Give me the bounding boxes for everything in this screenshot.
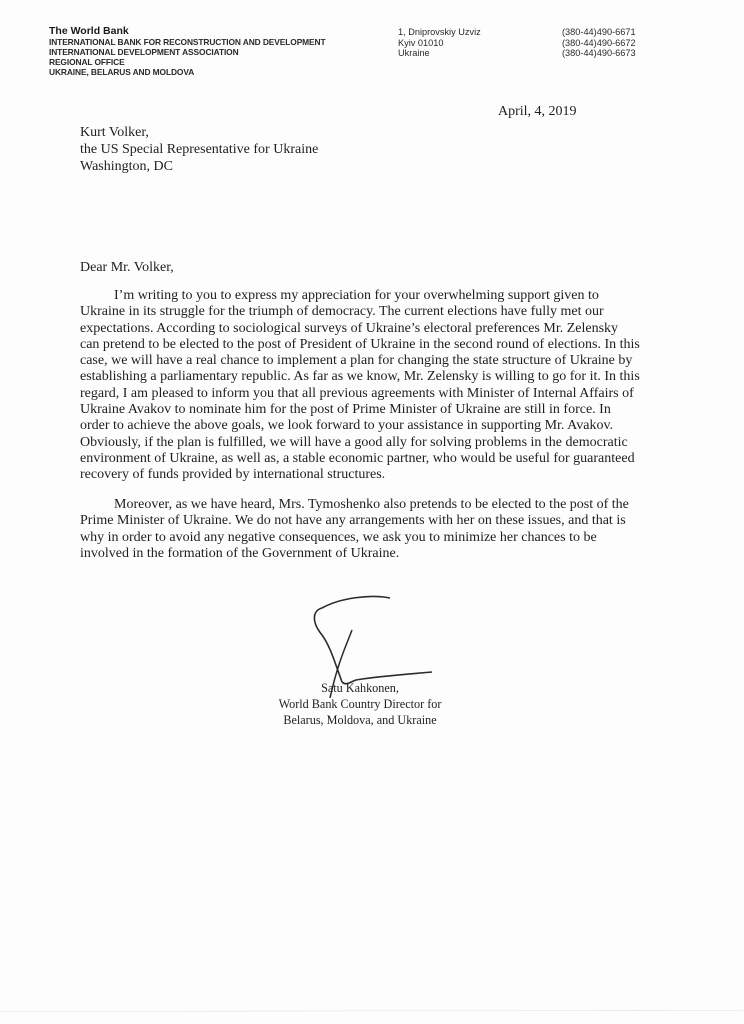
signatory-block: Satu Kahkonen, World Bank Country Direct… — [270, 680, 450, 728]
phone-number: (380-44)490-6672 — [562, 38, 636, 49]
paragraph-line: involved in the formation of the Governm… — [80, 546, 680, 562]
letterhead-organization: The World Bank INTERNATIONAL BANK FOR RE… — [49, 25, 326, 77]
address-line: 1, Dniprovskiy Uzviz — [398, 27, 481, 38]
body-paragraph-1: I’m writing to you to express my appreci… — [80, 288, 680, 484]
paragraph-line: Ukraine in its struggle for the triumph … — [80, 304, 680, 320]
address-line: Kyiv 01010 — [398, 38, 481, 49]
paragraph-line: Moreover, as we have heard, Mrs. Tymoshe… — [80, 497, 680, 513]
org-name: The World Bank — [49, 25, 326, 37]
org-line: REGIONAL OFFICE — [49, 57, 326, 67]
signatory-title: World Bank Country Director for — [270, 696, 450, 712]
page-edge-divider — [0, 1010, 744, 1012]
letterhead-phones: (380-44)490-6671 (380-44)490-6672 (380-4… — [562, 27, 636, 59]
recipient-line: Kurt Volker, — [80, 124, 318, 141]
paragraph-line: case, we will have a real chance to impl… — [80, 353, 680, 369]
paragraph-line: Prime Minister of Ukraine. We do not hav… — [80, 513, 680, 529]
paragraph-line: order to achieve the above goals, we loo… — [80, 418, 680, 434]
recipient-line: Washington, DC — [80, 158, 318, 175]
org-line: INTERNATIONAL BANK FOR RECONSTRUCTION AN… — [49, 37, 326, 47]
paragraph-line: Obviously, if the plan is fulfilled, we … — [80, 435, 680, 451]
signatory-title: Belarus, Moldova, and Ukraine — [270, 712, 450, 728]
paragraph-line: expectations. According to sociological … — [80, 321, 680, 337]
paragraph-line: environment of Ukraine, as well as, a st… — [80, 451, 680, 467]
paragraph-line: establishing a parliamentary republic. A… — [80, 369, 680, 385]
letterhead-address: 1, Dniprovskiy Uzviz Kyiv 01010 Ukraine — [398, 27, 481, 59]
paragraph-line: recovery of funds provided by internatio… — [80, 467, 680, 483]
body-paragraph-2: Moreover, as we have heard, Mrs. Tymoshe… — [80, 497, 680, 562]
recipient-line: the US Special Representative for Ukrain… — [80, 141, 318, 158]
paragraph-line: Ukraine Avakov to nominate him for the p… — [80, 402, 680, 418]
paragraph-line: I’m writing to you to express my appreci… — [80, 288, 680, 304]
phone-number: (380-44)490-6671 — [562, 27, 636, 38]
org-line: INTERNATIONAL DEVELOPMENT ASSOCIATION — [49, 47, 326, 57]
salutation: Dear Mr. Volker, — [80, 260, 174, 276]
recipient-block: Kurt Volker, the US Special Representati… — [80, 124, 318, 175]
paragraph-line: can pretend to be elected to the post of… — [80, 337, 680, 353]
paragraph-line: why in order to avoid any negative conse… — [80, 530, 680, 546]
paragraph-line: regard, I am pleased to inform you that … — [80, 386, 680, 402]
address-line: Ukraine — [398, 48, 481, 59]
letter-date: April, 4, 2019 — [498, 104, 577, 120]
org-line: UKRAINE, BELARUS AND MOLDOVA — [49, 67, 326, 77]
signatory-name: Satu Kahkonen, — [270, 680, 450, 696]
phone-number: (380-44)490-6673 — [562, 48, 636, 59]
